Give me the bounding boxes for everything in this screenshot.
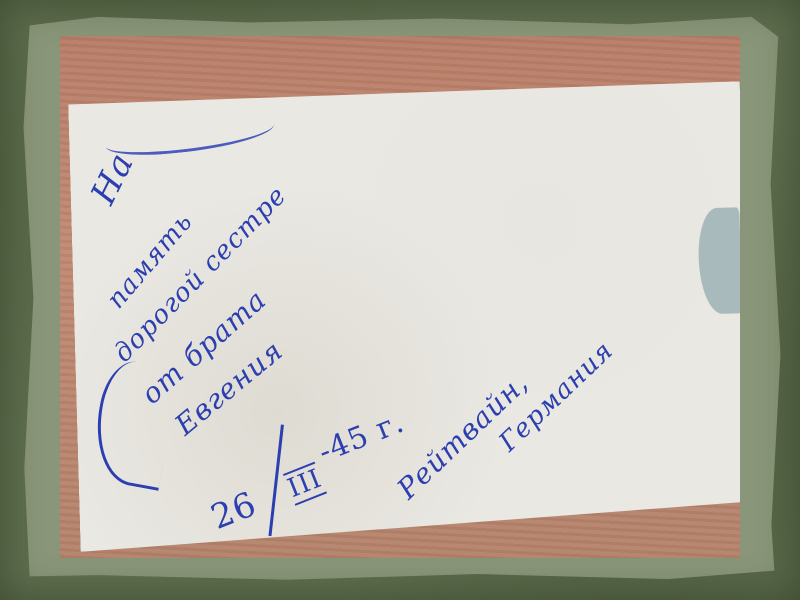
date-month: III: [283, 462, 327, 506]
date-year: -45 г.: [314, 405, 410, 470]
photo: На память дорогой сестре от брата Евгени…: [60, 36, 740, 558]
ink-flourish-top: [104, 110, 276, 159]
date-slash: [268, 425, 283, 537]
inscription-line-1: На: [83, 146, 142, 210]
paper-stain: [697, 207, 740, 314]
postcard: На память дорогой сестре от брата Евгени…: [68, 81, 740, 552]
ink-flourish-left: [87, 357, 181, 491]
date-day: 26: [206, 484, 263, 538]
